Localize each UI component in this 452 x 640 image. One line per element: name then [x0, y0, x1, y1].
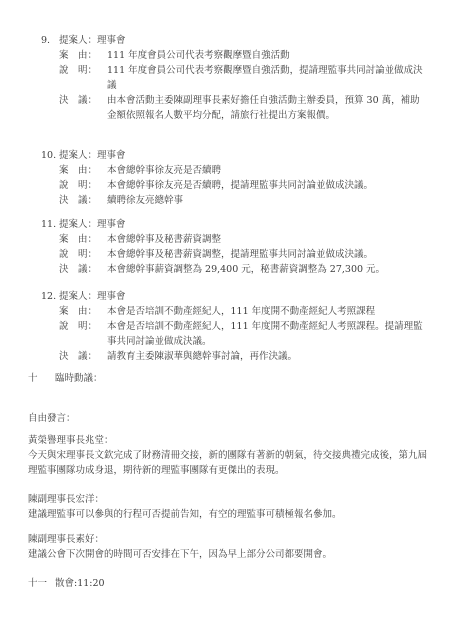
proposal-proposer: 提案人：理事會: [59, 33, 126, 48]
proposal-number: 9.: [41, 33, 59, 48]
proposal-header: 12. 提案人：理事會: [41, 289, 428, 304]
case-text: 本會總幹事及秘書薪資調整: [107, 232, 221, 247]
case-label: 案 由：: [59, 48, 107, 63]
resolution-label: 決 議：: [59, 349, 107, 364]
explanation-text: 111 年度會員公司代表考察觀摩暨自強活動，提請理監事共同討論並做成決議: [107, 63, 427, 93]
resolution-text: 請教育主委陳淑華與總幹事討論，再作決議。: [107, 349, 297, 364]
motions-section-number: 十: [28, 371, 55, 386]
explanation-text: 本會是否培訓不動產經紀人，111 年度開不動產經紀人考照課程。提請理監事共同討論…: [107, 319, 427, 349]
page-content: 9. 提案人：理事會 案 由： 111 年度會員公司代表考察觀摩暨自強活動 說 …: [0, 0, 452, 591]
proposals-section: 9. 提案人：理事會 案 由： 111 年度會員公司代表考察觀摩暨自強活動 說 …: [41, 33, 428, 364]
speaker-name: 陳副理事長宏洋：: [28, 492, 428, 507]
explanation-row: 說 明： 本會總幹事及秘書薪資調整，提請理監事共同討論並做成決議。: [59, 247, 428, 262]
case-text: 本會總幹事徐友亮是否續聘: [107, 163, 221, 178]
explanation-label: 說 明：: [59, 319, 107, 349]
resolution-row: 決 議： 本會總幹事薪資調整為 29,400 元，秘書薪資調整為 27,300 …: [59, 262, 428, 277]
statement-chen-hongyang: 陳副理事長宏洋： 建議理監事可以參與的行程可否提前告知，有空的理監事可積極報名參…: [28, 492, 428, 522]
resolution-text: 由本會活動主委陳副理事長素好擔任自強活動主辦委員，預算 30 萬，補助金額依照報…: [107, 93, 427, 123]
proposal-header: 10. 提案人：理事會: [41, 148, 428, 163]
free-speech-section: 自由發言： 黃榮譽理事長兆堂： 今天與宋理事長文欽完成了財務清冊交接，新的團隊有…: [28, 411, 428, 562]
resolution-text: 本會總幹事薪資調整為 29,400 元，秘書薪資調整為 27,300 元。: [107, 262, 385, 277]
explanation-row: 說 明： 111 年度會員公司代表考察觀摩暨自強活動，提請理監事共同討論並做成決…: [59, 63, 428, 93]
explanation-label: 說 明：: [59, 247, 107, 262]
proposal-header: 11. 提案人：理事會: [41, 217, 428, 232]
proposal-number: 12.: [41, 289, 59, 304]
case-label: 案 由：: [59, 232, 107, 247]
statement-chen-suhao: 陳副理事長素好： 建議公會下次開會的時間可否安排在下午，因為早上部分公司都要開會…: [28, 532, 428, 562]
case-row: 案 由： 本會總幹事及秘書薪資調整: [59, 232, 428, 247]
speaker-name: 陳副理事長素好：: [28, 532, 428, 547]
case-label: 案 由：: [59, 163, 107, 178]
explanation-label: 說 明：: [59, 63, 107, 93]
motions-section-title: 臨時動議：: [55, 371, 103, 386]
case-text: 本會是否培訓不動產經紀人，111 年度開不動產經紀人考照課程: [107, 304, 375, 319]
resolution-label: 決 議：: [59, 262, 107, 277]
resolution-text: 續聘徐友亮總幹事: [107, 193, 183, 208]
speaker-statement: 建議理監事可以參與的行程可否提前告知，有空的理監事可積極報名參加。: [28, 507, 428, 522]
explanation-label: 說 明：: [59, 178, 107, 193]
explanation-text: 本會總幹事及秘書薪資調整，提請理監事共同討論並做成決議。: [107, 247, 373, 262]
statement-huang: 黃榮譽理事長兆堂： 今天與宋理事長文欽完成了財務清冊交接，新的團隊有著新的朝氣，…: [28, 433, 428, 478]
resolution-row: 決 議： 由本會活動主委陳副理事長素好擔任自強活動主辦委員，預算 30 萬，補助…: [59, 93, 428, 123]
explanation-row: 說 明： 本會總幹事徐友亮是否續聘，提請理監事共同討論並做成決議。: [59, 178, 428, 193]
resolution-row: 決 議： 續聘徐友亮總幹事: [59, 193, 428, 208]
proposal-proposer: 提案人：理事會: [59, 217, 126, 232]
proposal-proposer: 提案人：理事會: [59, 148, 126, 163]
resolution-row: 決 議： 請教育主委陳淑華與總幹事討論，再作決議。: [59, 349, 428, 364]
adjournment-text: 散會:11:20: [55, 576, 105, 591]
adjournment-line: 十一 散會:11:20: [28, 576, 428, 591]
resolution-label: 決 議：: [59, 193, 107, 208]
case-row: 案 由： 本會總幹事徐友亮是否續聘: [59, 163, 428, 178]
resolution-label: 決 議：: [59, 93, 107, 123]
proposal-item-12: 12. 提案人：理事會 案 由： 本會是否培訓不動產經紀人，111 年度開不動產…: [41, 289, 428, 364]
case-row: 案 由： 111 年度會員公司代表考察觀摩暨自強活動: [59, 48, 428, 63]
free-speech-heading: 自由發言：: [28, 411, 428, 426]
proposal-number: 10.: [41, 148, 59, 163]
proposal-item-10: 10. 提案人：理事會 案 由： 本會總幹事徐友亮是否續聘 說 明： 本會總幹事…: [41, 148, 428, 208]
speaker-statement: 今天與宋理事長文欽完成了財務清冊交接，新的團隊有著新的朝氣，待交接典禮完成後，第…: [28, 448, 428, 478]
proposal-number: 11.: [41, 217, 59, 232]
case-text: 111 年度會員公司代表考察觀摩暨自強活動: [107, 48, 290, 63]
explanation-row: 說 明： 本會是否培訓不動產經紀人，111 年度開不動產經紀人考照課程。提請理監…: [59, 319, 428, 349]
proposal-header: 9. 提案人：理事會: [41, 33, 428, 48]
adjournment-number: 十一: [28, 576, 55, 591]
speaker-name: 黃榮譽理事長兆堂：: [28, 433, 428, 448]
case-row: 案 由： 本會是否培訓不動產經紀人，111 年度開不動產經紀人考照課程: [59, 304, 428, 319]
case-label: 案 由：: [59, 304, 107, 319]
meeting-minutes-page: 9. 提案人：理事會 案 由： 111 年度會員公司代表考察觀摩暨自強活動 說 …: [0, 0, 452, 640]
explanation-text: 本會總幹事徐友亮是否續聘，提請理監事共同討論並做成決議。: [107, 178, 373, 193]
speaker-statement: 建議公會下次開會的時間可否安排在下午，因為早上部分公司都要開會。: [28, 547, 428, 562]
proposal-item-9: 9. 提案人：理事會 案 由： 111 年度會員公司代表考察觀摩暨自強活動 說 …: [41, 33, 428, 123]
proposal-proposer: 提案人：理事會: [59, 289, 126, 304]
proposal-item-11: 11. 提案人：理事會 案 由： 本會總幹事及秘書薪資調整 說 明： 本會總幹事…: [41, 217, 428, 277]
motions-section-heading: 十 臨時動議：: [28, 371, 428, 386]
